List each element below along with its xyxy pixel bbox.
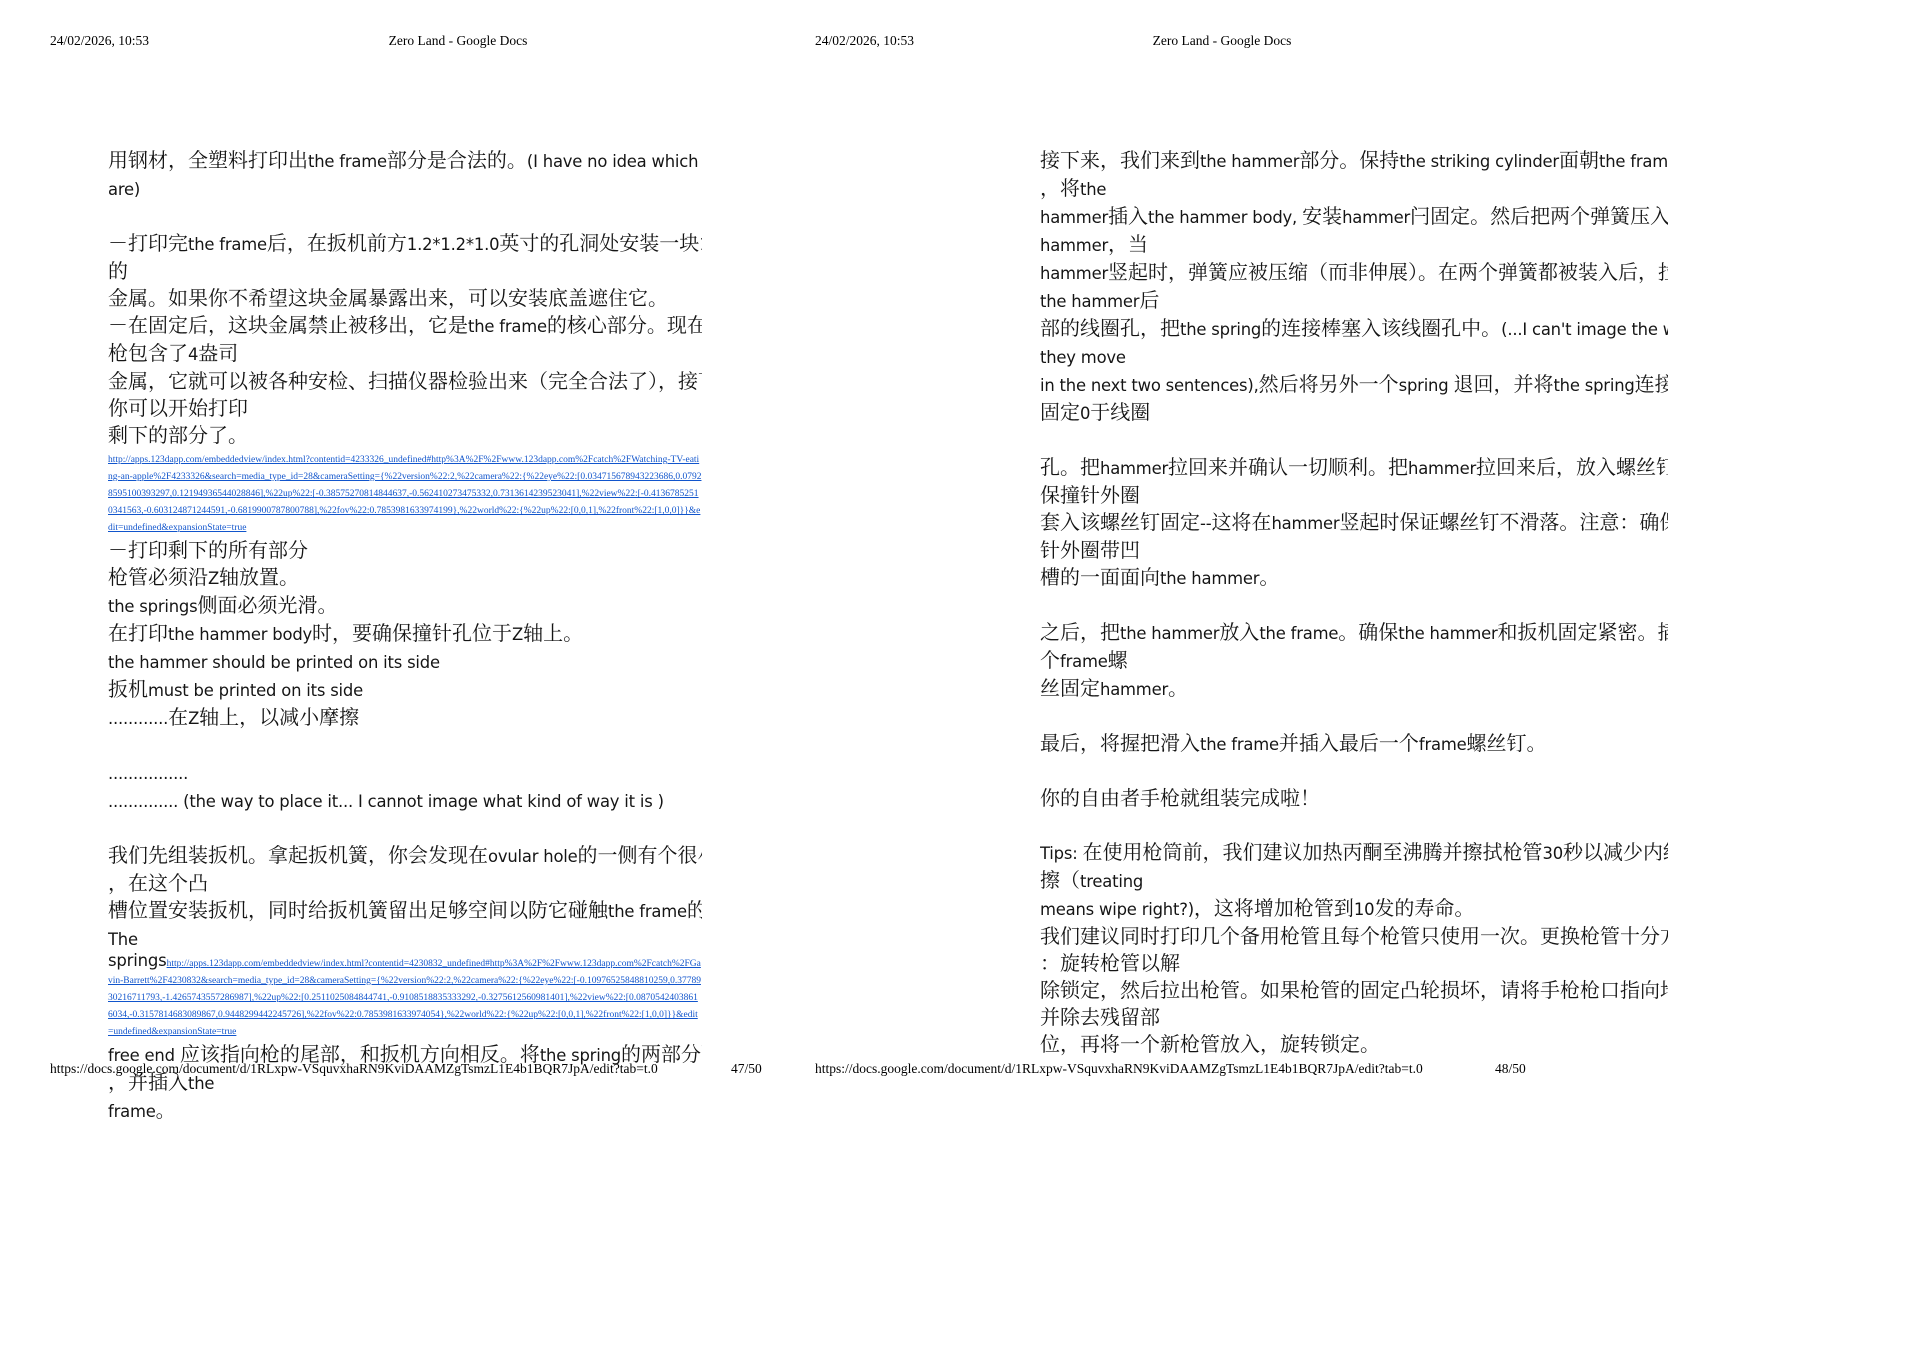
handwritten-latin-text: the hammer: [1040, 292, 1139, 311]
handwritten-latin-text: 1.19*1.19*0.99: [699, 235, 702, 254]
page-left-content: 用钢材，全塑料打印出the frame部分是合法的。(I have no ide…: [108, 147, 702, 1125]
handwritten-latin-text: the frame: [188, 235, 267, 254]
print-footer-page-number-right: 48/50: [1495, 1061, 1526, 1077]
text-line: 除锁定，然后拉出枪管。如果枪管的固定凸轮损坏，请将手枪枪口指向地面: [1040, 977, 1668, 1004]
blank-line: [108, 732, 702, 759]
print-header-title-right: Zero Land - Google Docs: [1153, 33, 1292, 49]
handwritten-latin-text: hammer: [1408, 459, 1476, 478]
handwritten-latin-text: spring: [1399, 376, 1454, 395]
text-line: 槽位置安装扳机，同时给扳机簧留出足够空间以防它碰触the frame的底部。: [108, 897, 702, 925]
handwritten-latin-text: the spring: [1180, 320, 1261, 339]
text-line: 剩下的部分了。: [108, 422, 702, 449]
text-line: 接下来，我们来到the hammer部分。保持the striking cyli…: [1040, 147, 1668, 175]
text-line: 保撞针外圈: [1040, 482, 1668, 509]
text-line: the hammer should be printed on its side: [108, 648, 702, 676]
text-line: The: [108, 925, 702, 953]
handwritten-latin-text: must be printed on its side: [148, 681, 363, 700]
handwritten-latin-text: the frame: [1599, 152, 1668, 171]
print-header-datetime-left: 24/02/2026, 10:53: [50, 33, 149, 49]
text-line: 我们建议同时打印几个备用枪管且每个枪管只使用一次。更换枪管十分方便: [1040, 923, 1668, 950]
text-line: 枪包含了4盎司: [108, 340, 702, 368]
text-line: 位，再将一个新枪管放入，旋转锁定。: [1040, 1031, 1668, 1058]
text-line: the hammer后: [1040, 287, 1668, 315]
handwritten-latin-text: the striking cylinder: [1399, 152, 1559, 171]
handwritten-latin-text: ............: [108, 709, 168, 728]
print-footer-url-left: https://docs.google.com/document/d/1RLxp…: [50, 1061, 658, 1077]
text-line: 你的自由者手枪就组装完成啦！: [1040, 785, 1668, 812]
text-line: 个frame螺: [1040, 647, 1668, 675]
text-line: ................: [108, 759, 702, 787]
handwritten-latin-text: hammer: [1100, 680, 1168, 699]
blank-line: [1040, 703, 1668, 730]
handwritten-latin-text: the hammer: [1398, 624, 1497, 643]
handwritten-latin-text: the frame: [1259, 624, 1338, 643]
text-line: 丝固定hammer。: [1040, 675, 1668, 703]
text-line: 针外圈带凹: [1040, 537, 1668, 564]
blank-line: [1040, 812, 1668, 839]
handwritten-latin-text: (I have no idea which parts they: [527, 152, 702, 171]
handwritten-latin-text: Z: [512, 625, 523, 644]
embedded-link[interactable]: http://apps.123dapp.com/embeddedview/ind…: [108, 959, 701, 1037]
text-line: －在固定后，这块金属禁止被移出，它是the frame的核心部分。现在，你的: [108, 312, 702, 340]
blank-line: [108, 203, 702, 230]
text-line: 孔。把hammer拉回来并确认一切顺利。把hammer拉回来后，放入螺丝钉并确: [1040, 454, 1668, 482]
handwritten-latin-text: ................: [108, 764, 188, 783]
handwritten-latin-text: --: [1200, 514, 1211, 533]
blank-line: [1040, 758, 1668, 785]
text-line: 之后，把the hammer放入the frame。确保the hammer和扳…: [1040, 619, 1668, 647]
handwritten-latin-text: Z: [188, 709, 199, 728]
text-line: 固定0于线圈: [1040, 399, 1668, 427]
handwritten-latin-text: .............. (the way to place it... I…: [108, 792, 664, 811]
text-line: 扳机must be printed on its side: [108, 676, 702, 704]
text-line: ............在Z轴上，以减小摩擦: [108, 704, 702, 732]
text-line: means wipe right?)，这将增加枪管到10发的寿命。: [1040, 895, 1668, 923]
text-line: frame。: [108, 1097, 702, 1125]
text-line: 在打印the hammer body时，要确保撞针孔位于Z轴上。: [108, 620, 702, 648]
handwritten-latin-text: they move: [1040, 348, 1126, 367]
handwritten-latin-text: the hammer: [1200, 152, 1299, 171]
text-line: 槽的一面面向the hammer。: [1040, 564, 1668, 592]
text-line: in the next two sentences),然后将另外一个spring…: [1040, 371, 1668, 399]
handwritten-latin-text: hammer: [1271, 514, 1339, 533]
text-line: hammer竖起时，弹簧应被压缩（而非伸展）。在两个弹簧都被装入后，拉出: [1040, 259, 1668, 287]
text-line: 枪管必须沿Z轴放置。: [108, 564, 702, 592]
text-line: .............. (the way to place it... I…: [108, 787, 702, 815]
text-line: 最后，将握把滑入the frame并插入最后一个frame螺丝钉。: [1040, 730, 1668, 758]
handwritten-latin-text: the hammer body: [168, 625, 312, 644]
handwritten-latin-text: springs: [108, 951, 167, 970]
text-line: 金属，它就可以被各种安检、扫描仪器检验出来（完全合法了），接下来，: [108, 368, 702, 395]
handwritten-latin-text: the hammer should be printed on its side: [108, 653, 440, 672]
handwritten-latin-text: ovular hole: [488, 847, 578, 866]
handwritten-latin-text: hammer: [1040, 208, 1108, 227]
handwritten-latin-text: the frame: [1200, 735, 1279, 754]
handwritten-latin-text: 30: [1543, 844, 1563, 863]
handwritten-latin-text: 0: [1080, 404, 1090, 423]
handwritten-latin-text: frame: [1060, 652, 1108, 671]
text-line: 金属。如果你不希望这块金属暴露出来，可以安装底盖遮住它。: [108, 285, 702, 312]
text-line: 并除去残留部: [1040, 1004, 1668, 1031]
handwritten-latin-text: 1.2*1.2*1.0: [407, 235, 499, 254]
handwritten-latin-text: hammer: [1040, 264, 1108, 283]
handwritten-latin-text: means wipe right?): [1040, 900, 1194, 919]
text-line: －打印完the frame后，在扳机前方1.2*1.2*1.0英寸的孔洞处安装一…: [108, 230, 702, 258]
handwritten-latin-text: the frame: [468, 317, 547, 336]
handwritten-latin-text: 4: [188, 345, 198, 364]
handwritten-latin-text: hammer: [1100, 459, 1168, 478]
handwritten-latin-text: Tips:: [1040, 844, 1083, 863]
print-header-datetime-right: 24/02/2026, 10:53: [815, 33, 914, 49]
text-line: 用钢材，全塑料打印出the frame部分是合法的。(I have no ide…: [108, 147, 702, 175]
text-line: 擦（treating: [1040, 867, 1668, 895]
handwritten-latin-text: the frame: [308, 152, 387, 171]
print-footer-url-right: https://docs.google.com/document/d/1RLxp…: [815, 1061, 1423, 1077]
print-footer-page-number-left: 47/50: [731, 1061, 762, 1077]
handwritten-latin-text: the hammer: [1120, 624, 1219, 643]
text-line: ，将the: [1040, 175, 1668, 203]
text-line: Tips: 在使用枪筒前，我们建议加热丙酮至沸腾并擦拭枪管30秒以减少内经摩: [1040, 839, 1668, 867]
handwritten-latin-text: the frame: [608, 902, 687, 921]
handwritten-latin-text: the: [1080, 180, 1106, 199]
text-line: hammer，当: [1040, 231, 1668, 259]
print-header-title-left: Zero Land - Google Docs: [389, 33, 528, 49]
text-line: hammer插入the hammer body, 安装hammer闩固定。然后把…: [1040, 203, 1668, 231]
blank-line: [108, 815, 702, 842]
handwritten-latin-text: 10: [1354, 900, 1374, 919]
handwritten-latin-text: hammer: [1040, 236, 1108, 255]
text-line: the springs侧面必须光滑。: [108, 592, 702, 620]
handwritten-latin-text: hammer: [1342, 208, 1410, 227]
text-line: －打印剩下的所有部分: [108, 537, 702, 564]
handwritten-latin-text: Z: [208, 569, 219, 588]
handwritten-latin-text: are): [108, 180, 140, 199]
link-block: http://apps.123dapp.com/embeddedview/ind…: [108, 450, 702, 535]
blank-line: [1040, 592, 1668, 619]
handwritten-latin-text: the hammer: [1160, 569, 1259, 588]
text-line: 我们先组装扳机。拿起扳机簧，你会发现在ovular hole的一侧有个很小的凸槽: [108, 842, 702, 870]
text-line: 部的线圈孔，把the spring的连接棒塞入该线圈孔中。(...I can't…: [1040, 315, 1668, 343]
handwritten-latin-text: frame: [1419, 735, 1467, 754]
handwritten-latin-text: the spring: [1553, 376, 1634, 395]
handwritten-latin-text: treating: [1080, 872, 1143, 891]
handwritten-plus-link-block: springshttp://apps.123dapp.com/embeddedv…: [108, 954, 702, 1039]
handwritten-latin-text: frame: [108, 1102, 156, 1121]
handwritten-latin-text: (...I can't image the way: [1501, 320, 1668, 339]
text-line: ：旋转枪管以解: [1040, 950, 1668, 977]
handwritten-latin-text: in the next two sentences),: [1040, 376, 1259, 395]
text-line: ，在这个凸: [108, 870, 702, 897]
handwritten-latin-text: the hammer body,: [1148, 208, 1302, 227]
page-right-content: 接下来，我们来到the hammer部分。保持the striking cyli…: [1040, 147, 1668, 1058]
text-line: 的: [108, 258, 702, 285]
blank-line: [1040, 427, 1668, 454]
text-line: 套入该螺丝钉固定--这将在hammer竖起时保证螺丝钉不滑落。注意：确保撞: [1040, 509, 1668, 537]
text-line: 你可以开始打印: [108, 395, 702, 422]
text-line: are): [108, 175, 702, 203]
text-line: they move: [1040, 343, 1668, 371]
handwritten-latin-text: The: [108, 930, 138, 949]
embedded-link[interactable]: http://apps.123dapp.com/embeddedview/ind…: [108, 455, 701, 533]
handwritten-latin-text: the springs: [108, 597, 197, 616]
